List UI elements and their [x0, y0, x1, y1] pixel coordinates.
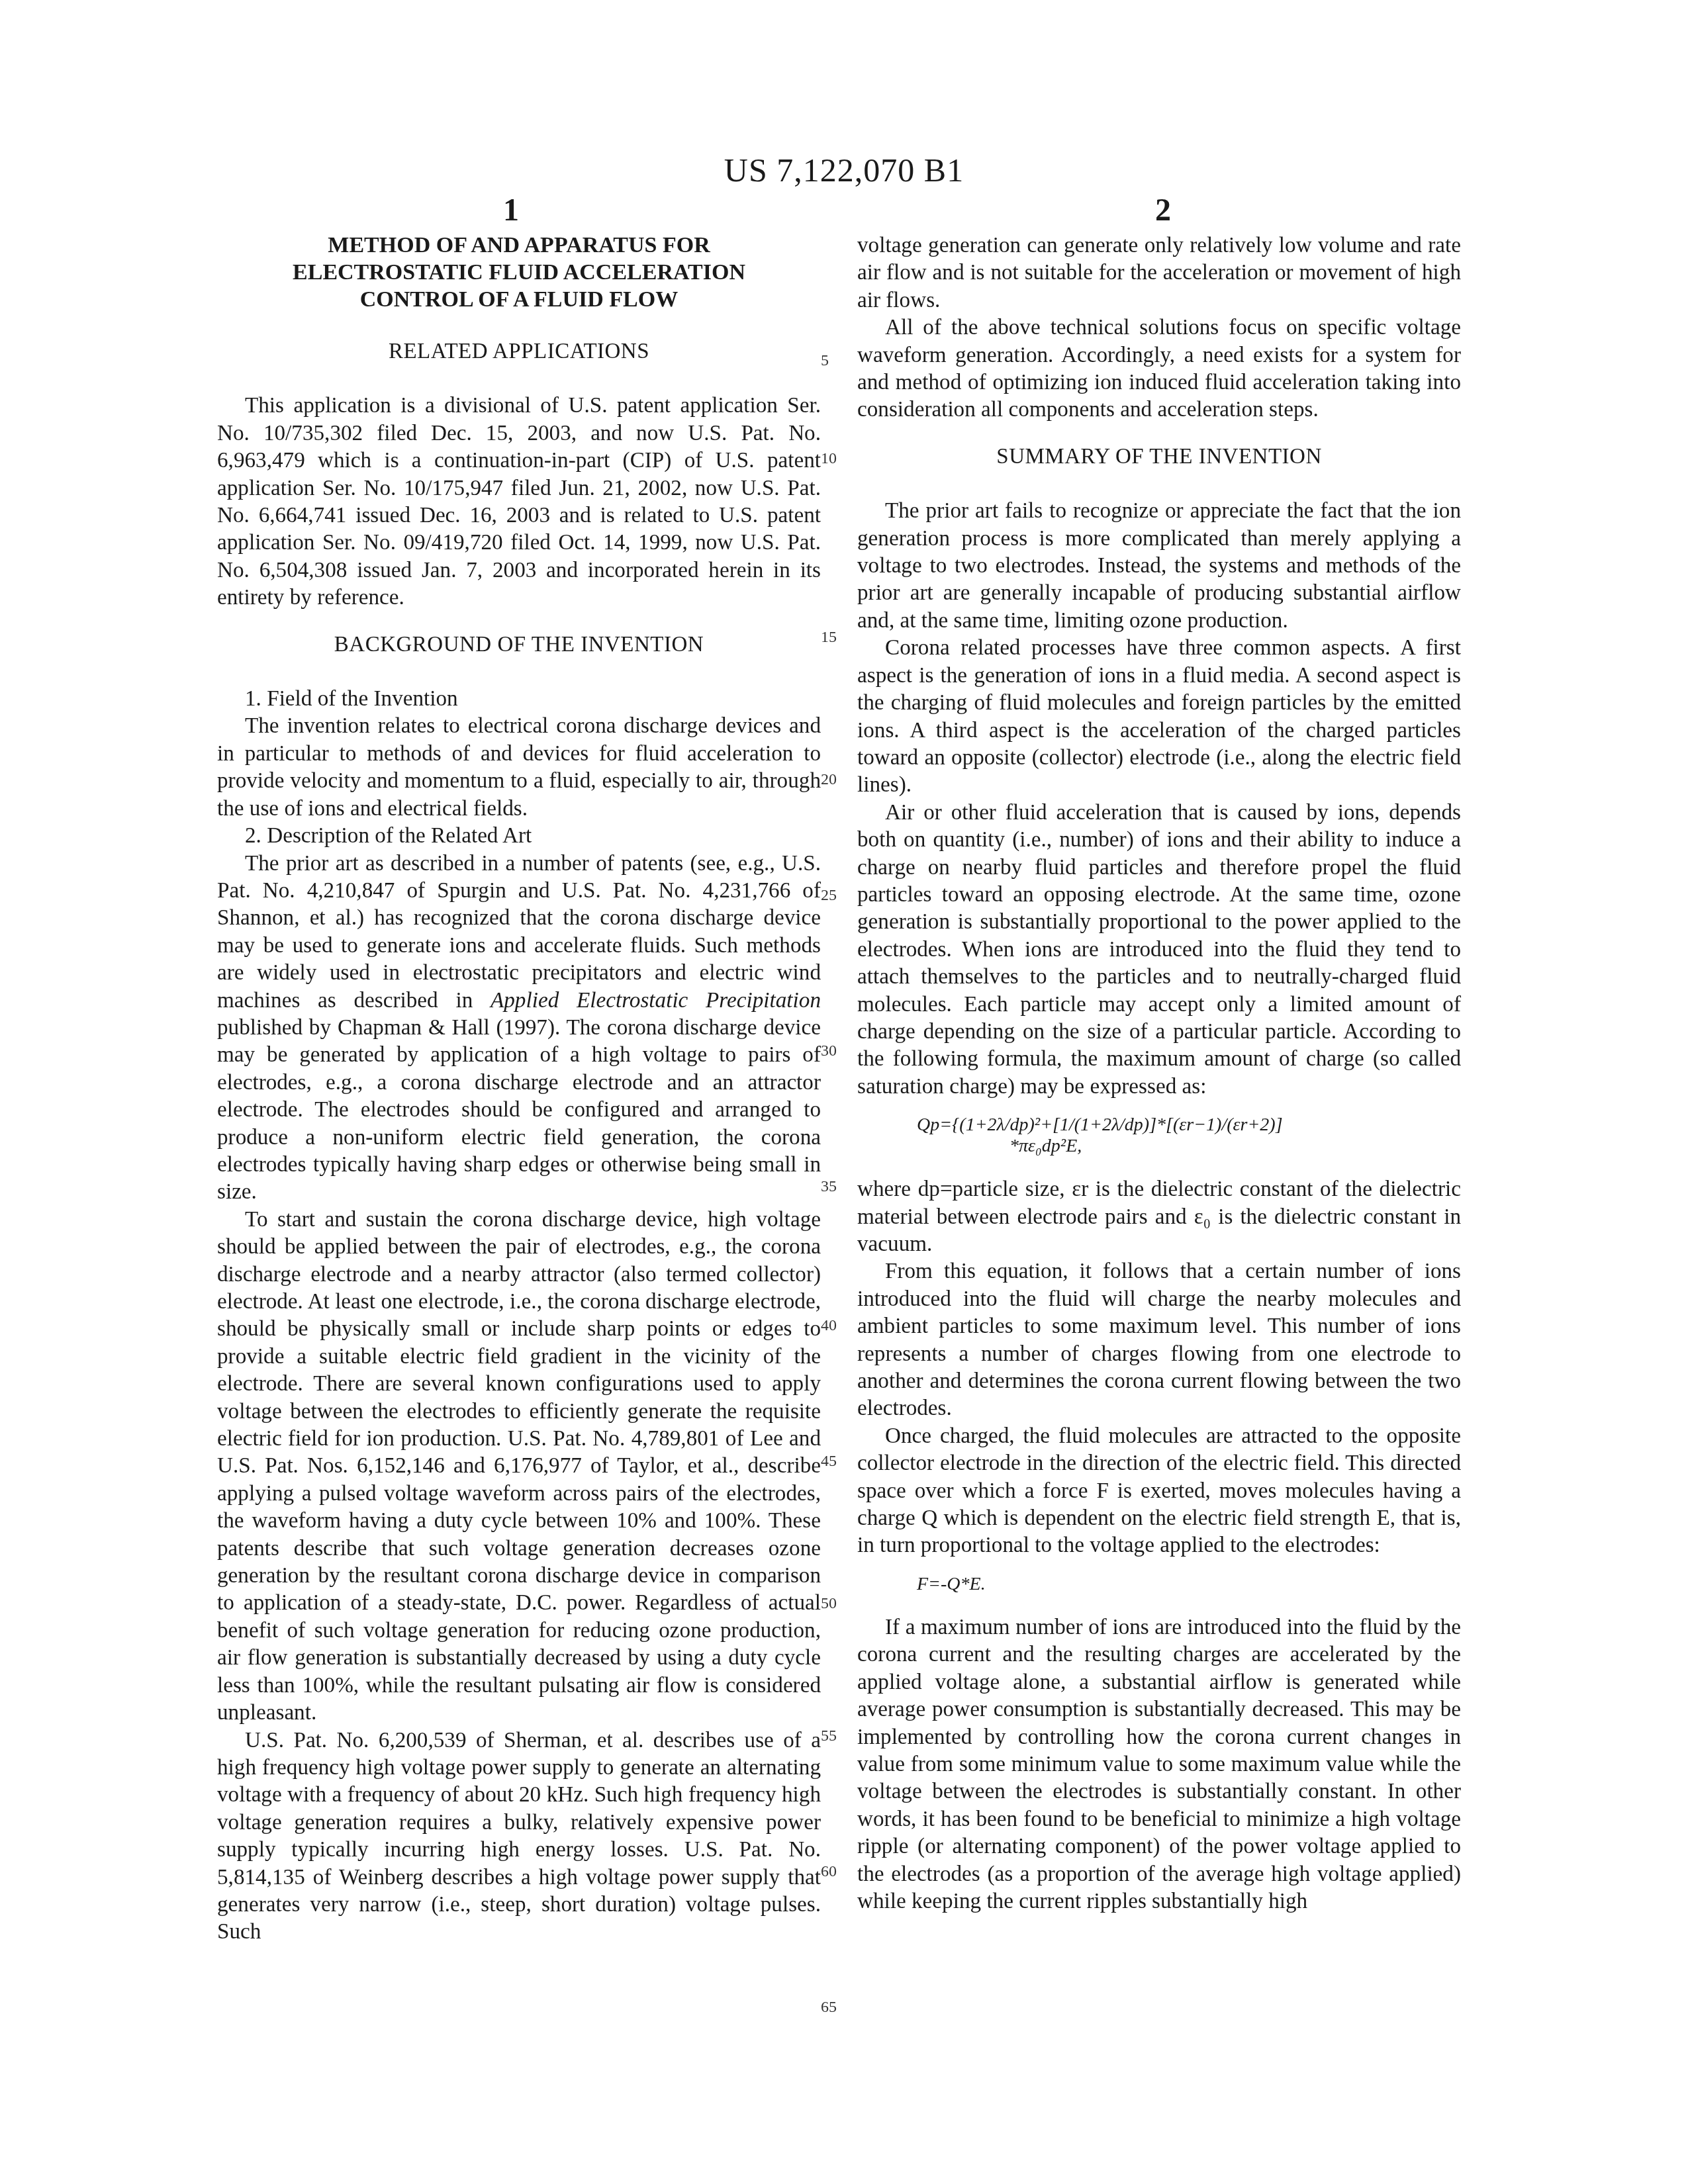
- right-paragraph-3: The prior art fails to recognize or appr…: [857, 497, 1461, 634]
- line-number: 15: [821, 629, 837, 647]
- line-number: 50: [821, 1595, 837, 1613]
- equation-line-2: *πε₀dp²E,: [1009, 1136, 1461, 1157]
- left-column: METHOD OF AND APPARATUS FOR ELECTROSTATI…: [217, 232, 821, 1946]
- related-applications-heading: RELATED APPLICATIONS: [217, 338, 821, 365]
- patent-number-header: US 7,122,070 B1: [0, 151, 1688, 189]
- column-number-left: 1: [503, 192, 519, 228]
- right-paragraph-7: From this equation, it follows that a ce…: [857, 1257, 1461, 1422]
- force-equation: F=-Q*E.: [917, 1574, 1461, 1595]
- line-number: 25: [821, 887, 837, 905]
- right-paragraph-6: where dp=particle size, εr is the dielec…: [857, 1175, 1461, 1257]
- related-art-subheading: 2. Description of the Related Art: [217, 822, 821, 849]
- right-paragraph-2: All of the above technical solutions foc…: [857, 314, 1461, 424]
- line-number: 55: [821, 1727, 837, 1745]
- related-art-p1-part-b: published by Chapman & Hall (1997). The …: [217, 1015, 821, 1204]
- patent-title: METHOD OF AND APPARATUS FOR ELECTROSTATI…: [217, 232, 821, 313]
- book-title-italic: Applied Electrostatic Precipitation: [491, 988, 821, 1013]
- right-paragraph-1: voltage generation can generate only rel…: [857, 232, 1461, 314]
- line-number: 30: [821, 1042, 837, 1060]
- right-column: voltage generation can generate only rel…: [857, 232, 1461, 1915]
- background-heading: BACKGROUND OF THE INVENTION: [217, 631, 821, 659]
- right-paragraph-4: Corona related processes have three comm…: [857, 634, 1461, 798]
- related-art-paragraph-3: U.S. Pat. No. 6,200,539 of Sherman, et a…: [217, 1727, 821, 1946]
- column-number-right: 2: [1155, 192, 1171, 228]
- summary-heading: SUMMARY OF THE INVENTION: [857, 443, 1461, 471]
- line-number: 40: [821, 1317, 837, 1335]
- field-subheading: 1. Field of the Invention: [217, 685, 821, 712]
- line-number: 20: [821, 771, 837, 789]
- line-number: 60: [821, 1863, 837, 1881]
- related-applications-text: This application is a divisional of U.S.…: [217, 392, 821, 611]
- line-number: 5: [821, 352, 829, 370]
- line-number: 10: [821, 450, 837, 468]
- field-text: The invention relates to electrical coro…: [217, 712, 821, 822]
- saturation-charge-equation: Qp={(1+2λ/dp)²+[1/(1+2λ/dp)]*[(εr−1)/(εr…: [917, 1115, 1461, 1157]
- right-paragraph-8: Once charged, the fluid molecules are at…: [857, 1422, 1461, 1559]
- related-art-paragraph-1: The prior art as described in a number o…: [217, 850, 821, 1206]
- line-number: 45: [821, 1453, 837, 1471]
- line-number: 35: [821, 1178, 837, 1196]
- related-art-paragraph-2: To start and sustain the corona discharg…: [217, 1206, 821, 1727]
- equation-line-1: Qp={(1+2λ/dp)²+[1/(1+2λ/dp)]*[(εr−1)/(εr…: [917, 1115, 1461, 1136]
- right-paragraph-9: If a maximum number of ions are introduc…: [857, 1614, 1461, 1915]
- line-number: 65: [821, 1999, 837, 2017]
- right-paragraph-5: Air or other fluid acceleration that is …: [857, 799, 1461, 1100]
